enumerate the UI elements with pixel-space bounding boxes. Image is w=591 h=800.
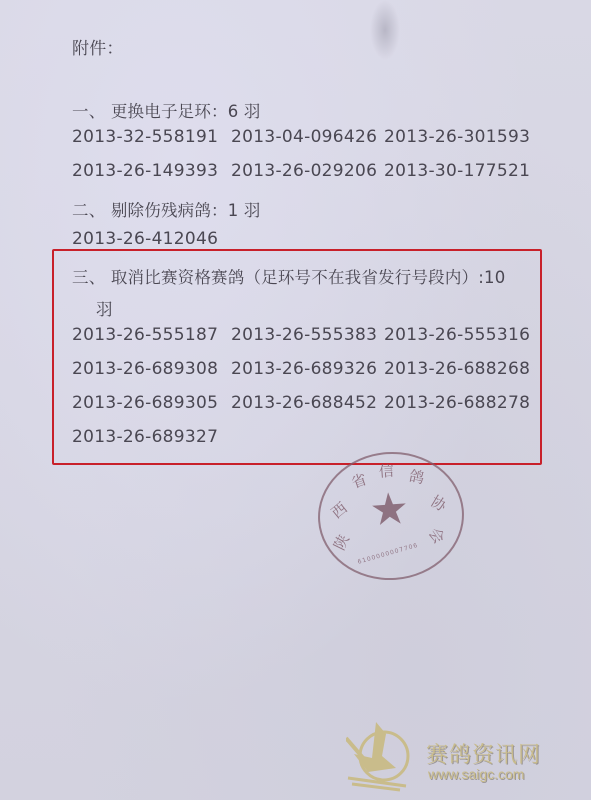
seal-char: 协 xyxy=(427,490,451,516)
ring-number: 2013-32-558191 xyxy=(72,127,218,147)
paper-crease xyxy=(370,0,400,60)
ring-number: 2013-04-096426 xyxy=(231,127,377,147)
ring-number: 2013-26-555316 xyxy=(384,325,530,345)
watermark-url: www.saigc.com xyxy=(428,766,524,782)
seal-char: 省 xyxy=(348,468,369,493)
ring-number: 2013-26-149393 xyxy=(72,161,218,181)
ring-number: 2013-26-555187 xyxy=(72,325,218,345)
ring-number: 2013-26-688452 xyxy=(231,393,377,413)
ring-number: 2013-30-177521 xyxy=(384,161,530,181)
section-2-heading: 二、 剔除伤残病鸽：1 羽 xyxy=(72,197,261,221)
seal-char: 鸽 xyxy=(407,465,426,488)
section-1-heading: 一、 更换电子足环：6 羽 xyxy=(72,98,261,122)
ring-number: 2013-26-029206 xyxy=(231,161,377,181)
watermark: 赛鸽资讯网 www.saigc.com xyxy=(346,716,576,796)
ring-number: 2013-26-689305 xyxy=(72,393,218,413)
official-seal: ★ 陕 西 省 信 鸽 协 会 6100000007706 xyxy=(314,447,469,585)
seal-code: 6100000007706 xyxy=(357,542,419,566)
pigeon-logo-icon xyxy=(346,716,416,792)
section-3-heading: 三、 取消比赛资格赛鸽（足环号不在我省发行号段内）:10 xyxy=(72,264,505,288)
ring-number: 2013-26-688268 xyxy=(384,359,530,379)
star-icon: ★ xyxy=(368,487,410,534)
ring-number: 2013-26-689308 xyxy=(72,359,218,379)
ring-number: 2013-26-689327 xyxy=(72,427,218,447)
section-3-heading-continued: 羽 xyxy=(96,296,113,320)
seal-char: 西 xyxy=(327,497,352,523)
ring-number: 2013-26-412046 xyxy=(72,229,218,249)
ring-number: 2013-26-688278 xyxy=(384,393,530,413)
watermark-brand: 赛鸽资讯网 xyxy=(426,738,541,769)
ring-number: 2013-26-301593 xyxy=(384,127,530,147)
ring-number: 2013-26-555383 xyxy=(231,325,377,345)
seal-char: 信 xyxy=(378,460,394,482)
seal-char: 陕 xyxy=(328,531,353,554)
ring-number: 2013-26-689326 xyxy=(231,359,377,379)
seal-char: 会 xyxy=(424,523,450,547)
attachment-label: 附件： xyxy=(72,34,124,59)
